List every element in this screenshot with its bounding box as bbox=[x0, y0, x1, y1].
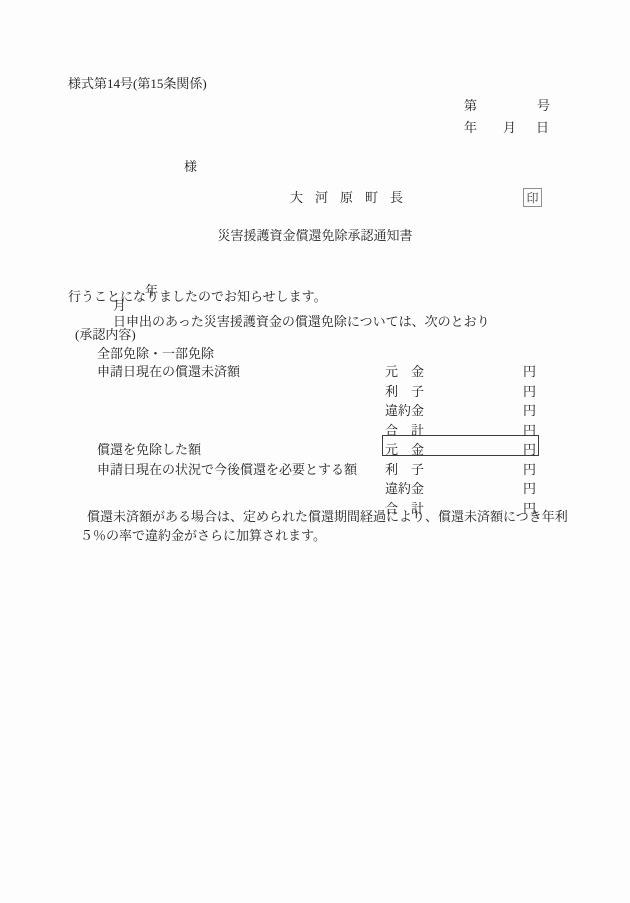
date-year-label: 年 bbox=[464, 120, 477, 136]
amount-table: 申請日現在の償還未済額 元 金 円 利 子 円 違約金 円 合 計 円 償還を免… bbox=[0, 360, 630, 516]
body-line1-text: 日申出のあった災害援護資金の償還免除については、次のとおり bbox=[113, 314, 490, 329]
row-item: 元 金 bbox=[385, 361, 424, 380]
date-month-label: 月 bbox=[503, 120, 516, 136]
row-unit: 円 bbox=[523, 381, 536, 400]
doc-number-prefix: 第 bbox=[464, 98, 477, 114]
table-row-exempted-amount: 償還を免除した額 元 金 円 bbox=[0, 438, 630, 458]
table-row: 違約金 円 bbox=[0, 477, 630, 497]
date-day-label: 日 bbox=[536, 120, 549, 136]
row-label: 申請日現在の状況で今後償還を必要とする額 bbox=[97, 459, 357, 478]
form-number: 様式第14号(第15条関係) bbox=[68, 76, 207, 92]
row-label: 償還を免除した額 bbox=[97, 439, 201, 458]
row-item: 元 金 bbox=[385, 439, 424, 458]
table-row: 申請日現在の状況で今後償還を必要とする額 利 子 円 bbox=[0, 458, 630, 478]
note-line2: ５％の率で違約金がさらに加算されます。 bbox=[80, 528, 326, 544]
table-row: 申請日現在の償還未済額 元 金 円 bbox=[0, 360, 630, 380]
table-row: 違約金 円 bbox=[0, 399, 630, 419]
row-unit: 円 bbox=[523, 439, 536, 458]
seal-mark-box: 印 bbox=[523, 188, 542, 207]
row-item: 利 子 bbox=[385, 459, 424, 478]
row-unit: 円 bbox=[523, 400, 536, 419]
document-page: 様式第14号(第15条関係) 第 号 年 月 日 様 大河原町長 印 災害援護資… bbox=[0, 0, 630, 903]
doc-number-suffix: 号 bbox=[537, 98, 550, 114]
row-unit: 円 bbox=[523, 361, 536, 380]
row-unit: 円 bbox=[523, 459, 536, 478]
body-paragraph-line2: 行うことになりましたのでお知らせします。 bbox=[68, 289, 327, 305]
table-row: 利 子 円 bbox=[0, 380, 630, 400]
note-line1: 償還未済額がある場合は、定められた償還期間経過により、償還未済額につき年利 bbox=[87, 509, 568, 525]
approval-heading: (承認内容) bbox=[75, 327, 136, 343]
row-item: 違約金 bbox=[385, 400, 424, 419]
row-label: 申請日現在の償還未済額 bbox=[97, 361, 240, 380]
sender-name: 大河原町長 bbox=[290, 190, 415, 206]
document-title: 災害援護資金償還免除承認通知書 bbox=[0, 228, 630, 244]
addressee-honorific: 様 bbox=[184, 159, 197, 175]
row-item: 利 子 bbox=[385, 381, 424, 400]
row-unit: 円 bbox=[523, 478, 536, 497]
seal-mark: 印 bbox=[526, 192, 538, 204]
row-item: 違約金 bbox=[385, 478, 424, 497]
